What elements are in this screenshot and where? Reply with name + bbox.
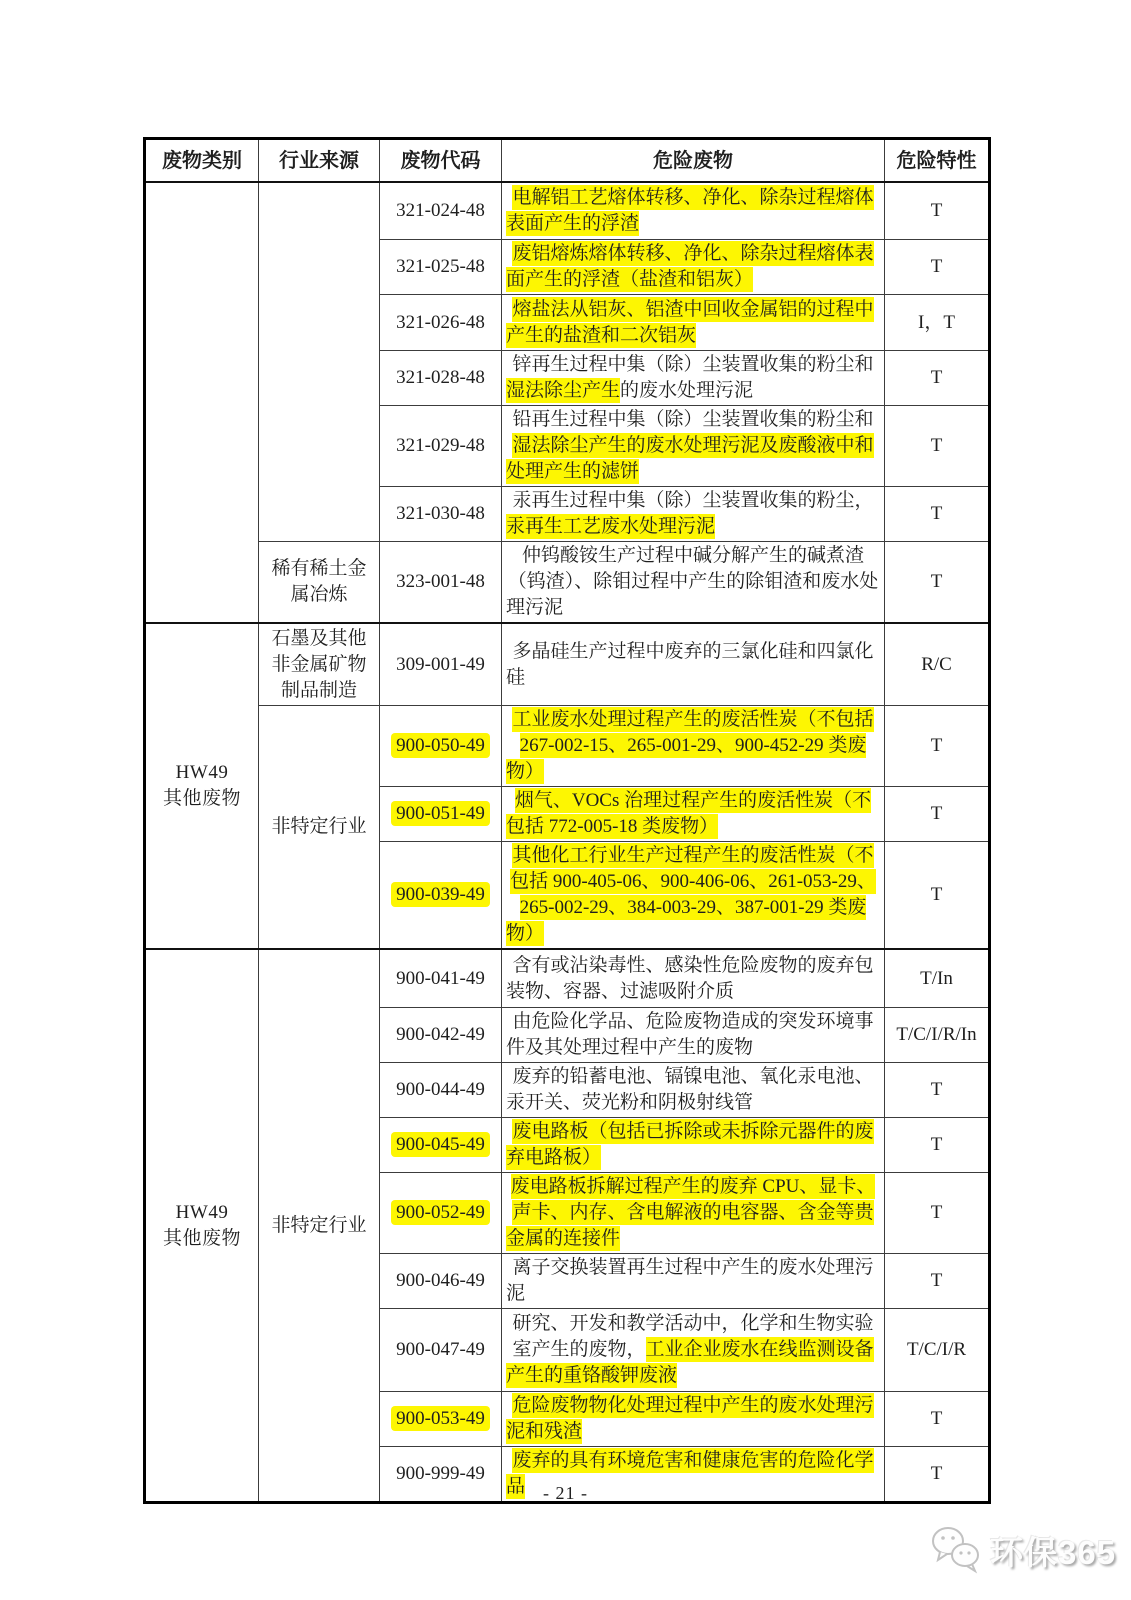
waste-code-value: 900-052-49 xyxy=(391,1200,490,1225)
waste-code-cell: 900-045-49 xyxy=(380,1118,502,1173)
hazardous-waste-cell: 离子交换装置再生过程中产生的废水处理污泥 xyxy=(502,1254,885,1309)
hazard-trait-cell: T xyxy=(885,487,990,542)
hazard-trait-cell: T xyxy=(885,542,990,624)
industry-source-cell xyxy=(259,182,380,542)
waste-category-cell: HW49 其他废物 xyxy=(145,623,259,949)
waste-code-cell: 900-052-49 xyxy=(380,1173,502,1254)
highlight-segment: 湿法除尘产生 xyxy=(506,378,620,403)
waste-code-cell: 900-044-49 xyxy=(380,1063,502,1118)
highlight-segment: 湿法除尘产生的废水处理污泥及废酸液中和处理产生的滤饼 xyxy=(506,433,874,484)
text-segment: 废弃的铅蓄电池、镉镍电池、氧化汞电池、汞开关、荧光粉和阴极射线管 xyxy=(506,1066,874,1113)
hazardous-waste-cell: 工业废水处理过程产生的废活性炭（不包括 267-002-15、265-001-2… xyxy=(502,706,885,787)
waste-code-value: 321-026-48 xyxy=(391,310,490,335)
waste-code-value: 321-029-48 xyxy=(391,433,490,458)
hazard-trait-cell: T/C/I/R/In xyxy=(885,1008,990,1063)
col-header-industry-source: 行业来源 xyxy=(259,139,380,183)
hazardous-waste-cell: 由危险化学品、危险废物造成的突发环境事件及其处理过程中产生的废物 xyxy=(502,1008,885,1063)
waste-code-value: 321-030-48 xyxy=(391,501,490,526)
table-row: HW49 其他废物非特定行业900-041-49含有或沾染毒性、感染性危险废物的… xyxy=(145,949,990,1008)
waste-code-value: 900-044-49 xyxy=(391,1077,490,1102)
waste-code-cell: 309-001-49 xyxy=(380,623,502,706)
waste-category-cell xyxy=(145,182,259,623)
hazardous-waste-cell: 锌再生过程中集（除）尘装置收集的粉尘和湿法除尘产生的废水处理污泥 xyxy=(502,351,885,406)
waste-code-value: 900-041-49 xyxy=(391,966,490,991)
col-header-waste-category: 废物类别 xyxy=(145,139,259,183)
waste-code-cell: 900-053-49 xyxy=(380,1392,502,1447)
waste-code-cell: 321-030-48 xyxy=(380,487,502,542)
hazardous-waste-cell: 废弃的铅蓄电池、镉镍电池、氧化汞电池、汞开关、荧光粉和阴极射线管 xyxy=(502,1063,885,1118)
hazard-trait-cell: T xyxy=(885,240,990,295)
hazard-trait-cell: T xyxy=(885,787,990,842)
waste-code-cell: 900-051-49 xyxy=(380,787,502,842)
wechat-icon xyxy=(928,1524,984,1576)
col-header-hazard-trait: 危险特性 xyxy=(885,139,990,183)
waste-code-cell: 900-041-49 xyxy=(380,949,502,1008)
waste-code-cell: 323-001-48 xyxy=(380,542,502,624)
hazard-trait-cell: T xyxy=(885,1254,990,1309)
table-row: 非特定行业900-050-49工业废水处理过程产生的废活性炭（不包括 267-0… xyxy=(145,706,990,787)
hazardous-waste-cell: 研究、开发和教学活动中，化学和生物实验室产生的废物，工业企业废水在线监测设备产生… xyxy=(502,1309,885,1392)
highlight-segment: 其他化工行业生产过程产生的废活性炭（不包括 900-405-06、900-406… xyxy=(506,843,876,946)
highlight-segment: 废电路板拆解过程产生的废弃 CPU、显卡、声卡、内存、含电解液的电容器、含金等贵… xyxy=(506,1174,875,1251)
waste-code-cell: 900-039-49 xyxy=(380,842,502,950)
watermark: 环保365 xyxy=(928,1520,1123,1580)
waste-code-cell: 321-026-48 xyxy=(380,295,502,351)
highlight-segment: 电解铝工艺熔体转移、净化、除杂过程熔体表面产生的浮渣 xyxy=(506,185,874,236)
hazard-trait-cell: T xyxy=(885,706,990,787)
waste-code-value: 321-024-48 xyxy=(391,198,490,223)
hazard-trait-cell: T xyxy=(885,351,990,406)
waste-code-cell: 900-046-49 xyxy=(380,1254,502,1309)
hazard-trait-cell: T xyxy=(885,1392,990,1447)
waste-code-value: 900-050-49 xyxy=(391,733,490,758)
hazard-trait-cell: T xyxy=(885,842,990,950)
waste-code-value: 321-025-48 xyxy=(391,254,490,279)
waste-code-cell: 321-028-48 xyxy=(380,351,502,406)
hazardous-waste-cell: 汞再生过程中集（除）尘装置收集的粉尘，汞再生工艺废水处理污泥 xyxy=(502,487,885,542)
hazard-trait-cell: T/In xyxy=(885,949,990,1008)
hazardous-waste-cell: 铅再生过程中集（除）尘装置收集的粉尘和湿法除尘产生的废水处理污泥及废酸液中和处理… xyxy=(502,406,885,487)
hazard-trait-cell: T xyxy=(885,1173,990,1254)
text-segment: 离子交换装置再生过程中产生的废水处理污泥 xyxy=(506,1257,874,1304)
highlight-segment: 危险废物物化处理过程中产生的废水处理污泥和残渣 xyxy=(506,1393,874,1444)
industry-source-cell: 非特定行业 xyxy=(259,706,380,950)
hazardous-waste-cell: 熔盐法从铝灰、铝渣中回收金属铝的过程中产生的盐渣和二次铝灰 xyxy=(502,295,885,351)
highlight-segment: 废铝熔炼熔体转移、净化、除杂过程熔体表面产生的浮渣（盐渣和铝灰） xyxy=(506,241,874,292)
waste-code-cell: 900-042-49 xyxy=(380,1008,502,1063)
waste-code-value: 321-028-48 xyxy=(391,365,490,390)
hazard-trait-cell: I，T xyxy=(885,295,990,351)
col-header-waste-code: 废物代码 xyxy=(380,139,502,183)
highlight-segment: 废电路板（包括已拆除或未拆除元器件的废弃电路板） xyxy=(506,1119,874,1170)
highlight-segment: 熔盐法从铝灰、铝渣中回收金属铝的过程中产生的盐渣和二次铝灰 xyxy=(506,297,874,348)
text-segment: 的废水处理污泥 xyxy=(620,380,753,401)
hazard-trait-cell: T xyxy=(885,1063,990,1118)
watermark-text: 环保365 xyxy=(990,1527,1116,1574)
hazardous-waste-table: 废物类别 行业来源 废物代码 危险废物 危险特性 321-024-48电解铝工艺… xyxy=(143,137,991,1504)
waste-code-cell: 321-025-48 xyxy=(380,240,502,295)
waste-code-value: 900-042-49 xyxy=(391,1022,490,1047)
waste-code-cell: 321-029-48 xyxy=(380,406,502,487)
industry-source-cell: 稀有稀土金属冶炼 xyxy=(259,542,380,624)
table-header-row: 废物类别 行业来源 废物代码 危险废物 危险特性 xyxy=(145,139,990,183)
waste-code-value: 900-045-49 xyxy=(391,1132,490,1157)
hazard-trait-cell: T xyxy=(885,1118,990,1173)
waste-code-value: 900-039-49 xyxy=(391,882,490,907)
hazard-trait-cell: T xyxy=(885,182,990,240)
waste-code-value: 900-051-49 xyxy=(391,801,490,826)
hazardous-waste-cell: 烟气、VOCs 治理过程产生的废活性炭（不包括 772-005-18 类废物） xyxy=(502,787,885,842)
hazard-trait-cell: T/C/I/R xyxy=(885,1309,990,1392)
waste-code-value: 323-001-48 xyxy=(391,569,490,594)
industry-source-cell: 石墨及其他非金属矿物制品制造 xyxy=(259,623,380,706)
hazardous-waste-cell: 含有或沾染毒性、感染性危险废物的废弃包装物、容器、过滤吸附介质 xyxy=(502,949,885,1008)
waste-code-cell: 900-050-49 xyxy=(380,706,502,787)
text-segment: 含有或沾染毒性、感染性危险废物的废弃包装物、容器、过滤吸附介质 xyxy=(506,955,874,1002)
hazardous-waste-cell: 危险废物物化处理过程中产生的废水处理污泥和残渣 xyxy=(502,1392,885,1447)
document-page: 废物类别 行业来源 废物代码 危险废物 危险特性 321-024-48电解铝工艺… xyxy=(0,0,1131,1600)
table-row: HW49 其他废物石墨及其他非金属矿物制品制造309-001-49多晶硅生产过程… xyxy=(145,623,990,706)
waste-code-value: 900-053-49 xyxy=(391,1406,490,1431)
text-segment: 由危险化学品、危险废物造成的突发环境事件及其处理过程中产生的废物 xyxy=(506,1011,874,1058)
waste-code-value: 900-047-49 xyxy=(391,1337,490,1362)
text-segment: 汞再生过程中集（除）尘装置收集的粉尘， xyxy=(512,490,873,511)
page-number: - 21 - xyxy=(0,1483,1131,1504)
table-row: 321-024-48电解铝工艺熔体转移、净化、除杂过程熔体表面产生的浮渣T xyxy=(145,182,990,240)
text-segment: 铅再生过程中集（除）尘装置收集的粉尘和 xyxy=(512,409,873,430)
hazardous-waste-cell: 多晶硅生产过程中废弃的三氯化硅和四氯化硅 xyxy=(502,623,885,706)
hazard-trait-cell: R/C xyxy=(885,623,990,706)
hazardous-waste-cell: 废铝熔炼熔体转移、净化、除杂过程熔体表面产生的浮渣（盐渣和铝灰） xyxy=(502,240,885,295)
col-header-hazardous-waste: 危险废物 xyxy=(502,139,885,183)
waste-category-cell: HW49 其他废物 xyxy=(145,949,259,1503)
text-segment: 锌再生过程中集（除）尘装置收集的粉尘和 xyxy=(512,354,873,375)
table-row: 稀有稀土金属冶炼323-001-48仲钨酸铵生产过程中碱分解产生的碱煮渣（钨渣）… xyxy=(145,542,990,624)
waste-code-value: 900-046-49 xyxy=(391,1268,490,1293)
text-segment: 仲钨酸铵生产过程中碱分解产生的碱煮渣（钨渣）、除钼过程中产生的除钼渣和废水处理污… xyxy=(506,545,878,618)
highlight-segment: 汞再生工艺废水处理污泥 xyxy=(506,514,715,539)
hazardous-waste-cell: 电解铝工艺熔体转移、净化、除杂过程熔体表面产生的浮渣 xyxy=(502,182,885,240)
waste-code-cell: 900-047-49 xyxy=(380,1309,502,1392)
hazardous-waste-cell: 仲钨酸铵生产过程中碱分解产生的碱煮渣（钨渣）、除钼过程中产生的除钼渣和废水处理污… xyxy=(502,542,885,624)
highlight-segment: 工业废水处理过程产生的废活性炭（不包括 267-002-15、265-001-2… xyxy=(506,707,874,784)
hazardous-waste-cell: 废电路板拆解过程产生的废弃 CPU、显卡、声卡、内存、含电解液的电容器、含金等贵… xyxy=(502,1173,885,1254)
waste-code-value: 309-001-49 xyxy=(391,652,490,677)
highlight-segment: 烟气、VOCs 治理过程产生的废活性炭（不包括 772-005-18 类废物） xyxy=(506,788,871,839)
text-segment: 多晶硅生产过程中废弃的三氯化硅和四氯化硅 xyxy=(506,641,874,688)
hazardous-waste-cell: 废电路板（包括已拆除或未拆除元器件的废弃电路板） xyxy=(502,1118,885,1173)
hazard-trait-cell: T xyxy=(885,406,990,487)
hazardous-waste-cell: 其他化工行业生产过程产生的废活性炭（不包括 900-405-06、900-406… xyxy=(502,842,885,950)
waste-code-cell: 321-024-48 xyxy=(380,182,502,240)
industry-source-cell: 非特定行业 xyxy=(259,949,380,1503)
